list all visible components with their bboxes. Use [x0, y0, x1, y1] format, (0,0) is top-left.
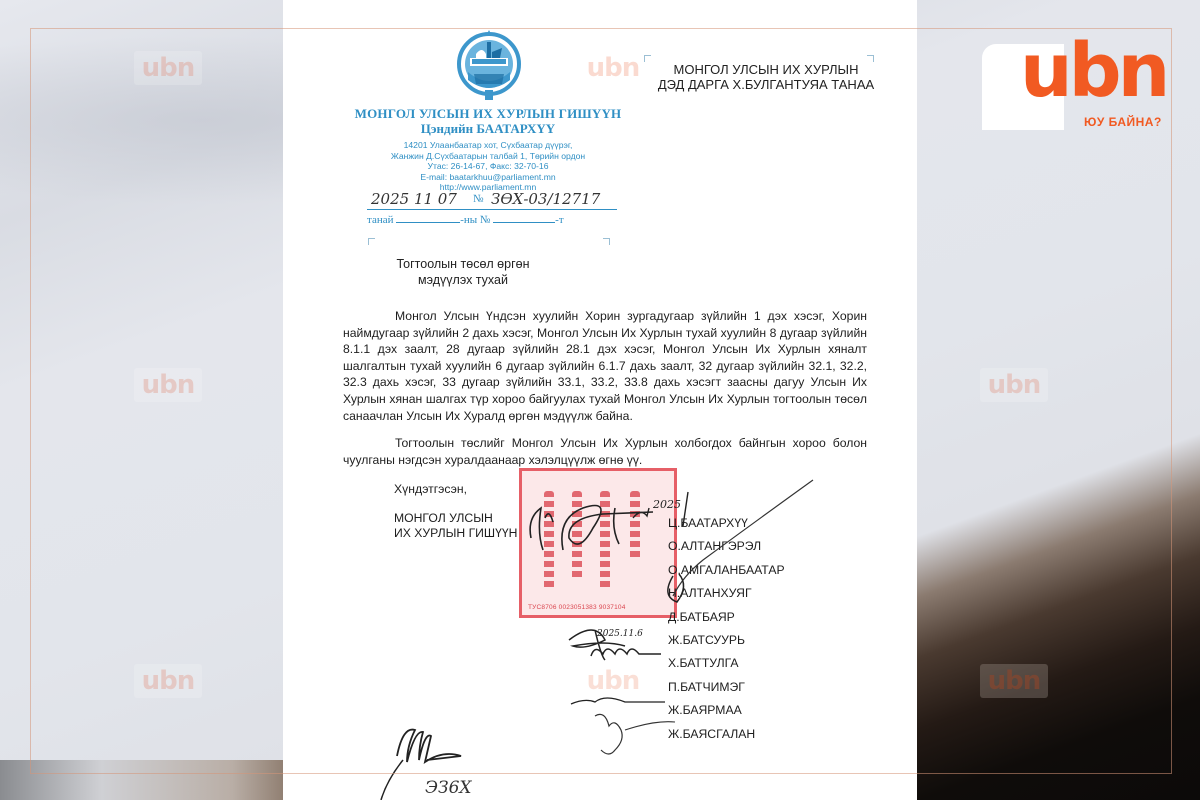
member-name: П.БАТЧИМЭГ — [668, 680, 785, 703]
blank-field — [493, 214, 555, 223]
logo-text: ubn — [1020, 28, 1166, 114]
recipient-block: МОНГОЛ УЛСЫН ИХ ХУРЛЫН ДЭД ДАРГА Х.БУЛГА… — [651, 62, 881, 92]
brand-logo: ubn ЮУ БАЙНА? — [982, 42, 1162, 134]
stamp-script — [572, 491, 582, 581]
signer-title: МОНГОЛ УЛСЫН ИХ ХУРЛЫН ГИШҮҮН — [394, 511, 517, 541]
stamp-script — [630, 491, 640, 561]
watermark-logo: ubn — [134, 664, 202, 698]
stamp-script — [600, 491, 610, 591]
official-stamp: ТУС8706 0023051383 9037104 — [519, 468, 677, 618]
stamp-code: ТУС8706 0023051383 9037104 — [528, 604, 626, 611]
letterhead-contact: 14201 Улаанбаатар хот, Сүхбаатар дүүрэг,… — [333, 140, 643, 193]
body-paragraph: Монгол Улсын Үндсэн хуулийн Хорин зургад… — [343, 308, 867, 424]
background-bottom-shape — [0, 760, 290, 800]
subject-block: Тогтоолын төсөл өргөн мэдүүлэх тухай — [363, 256, 563, 288]
your-ref-suffix: -т — [555, 214, 563, 226]
member-name: Ж.БАЯРМАА — [668, 703, 785, 726]
member-name: О.АМГАЛАНБААТАР — [668, 563, 785, 586]
state-emblem-icon — [456, 28, 522, 102]
signer-title-line: МОНГОЛ УЛСЫН — [394, 511, 517, 526]
member-name: Ц.БААТАРХҮҮ — [668, 516, 785, 539]
recipient-line: ДЭД ДАРГА Х.БУЛГАНТУЯА ТАНАА — [651, 77, 881, 92]
contact-address: 14201 Улаанбаатар хот, Сүхбаатар дүүрэг, — [333, 140, 643, 151]
letterhead-person: Цэндийн БААТАРХҮҮ — [333, 121, 643, 137]
letter-date: 2025 11 07 — [371, 190, 457, 208]
corner-mark — [867, 55, 874, 62]
member-name: Ж.БАЯСГАЛАН — [668, 727, 785, 750]
corner-mark — [603, 238, 610, 245]
your-ref-mid: -ны № — [460, 214, 490, 226]
closing: Хүндэтгэсэн, — [394, 482, 467, 496]
body-paragraph: Тогтоолын төслийг Монгол Улсын Их Хурлын… — [343, 435, 867, 468]
subject-line: Тогтоолын төсөл өргөн — [363, 256, 563, 272]
watermark-logo: ubn — [579, 664, 647, 698]
recipient-line: МОНГОЛ УЛСЫН ИХ ХУРЛЫН — [651, 62, 881, 77]
watermark-logo: ubn — [579, 51, 647, 85]
signer-title-line: ИХ ХУРЛЫН ГИШҮҮН — [394, 526, 517, 541]
member-name: О.АЛТАНГЭРЭЛ — [668, 539, 785, 562]
watermark-logo: ubn — [980, 368, 1048, 402]
letterhead-org-name: МОНГОЛ УЛСЫН ИХ ХУРЛЫН ГИШҮҮН — [333, 106, 643, 122]
blank-field — [396, 214, 460, 223]
contact-phone: Утас: 26-14-67, Факс: 32-70-16 — [333, 161, 643, 172]
watermark-logo: ubn — [134, 51, 202, 85]
watermark-logo: ubn — [980, 664, 1048, 698]
corner-mark — [368, 238, 375, 245]
members-list: Ц.БААТАРХҮҮ О.АЛТАНГЭРЭЛ О.АМГАЛАНБААТАР… — [668, 516, 785, 750]
document-page: МОНГОЛ УЛСЫН ИХ ХУРЛЫН ГИШҮҮН Цэндийн БА… — [283, 0, 917, 800]
contact-address-2: Жанжин Д.Сүхбаатарын талбай 1, Төрийн ор… — [333, 151, 643, 162]
your-ref-prefix: танай — [367, 214, 393, 226]
letter-body: Монгол Улсын Үндсэн хуулийн Хорин зургад… — [343, 308, 867, 468]
subject-line: мэдүүлэх тухай — [363, 272, 563, 288]
svg-text:2025.11.6: 2025.11.6 — [596, 629, 643, 639]
contact-email: E-mail: baatarkhuu@parliament.mn — [333, 172, 643, 183]
stamp-script — [544, 491, 554, 591]
member-name: Н.АЛТАНХУЯГ — [668, 586, 785, 609]
number-label: № — [473, 193, 484, 205]
reference-number: ЗӨХ-03/12717 — [491, 190, 600, 208]
logo-tagline: ЮУ БАЙНА? — [1084, 115, 1162, 129]
member-name: Х.БАТТУЛГА — [668, 656, 785, 679]
member-name: Ж.БАТСУУРЬ — [668, 633, 785, 656]
member-name: Д.БАТБАЯР — [668, 610, 785, 633]
watermark-logo: ubn — [134, 368, 202, 402]
background-dark-shape — [900, 400, 1200, 800]
handwritten-note: ЭЗ6Х — [425, 778, 472, 798]
your-reference-line: танай -ны № -т — [367, 214, 617, 226]
reference-line: 2025 11 07 № ЗӨХ-03/12717 — [367, 190, 617, 210]
